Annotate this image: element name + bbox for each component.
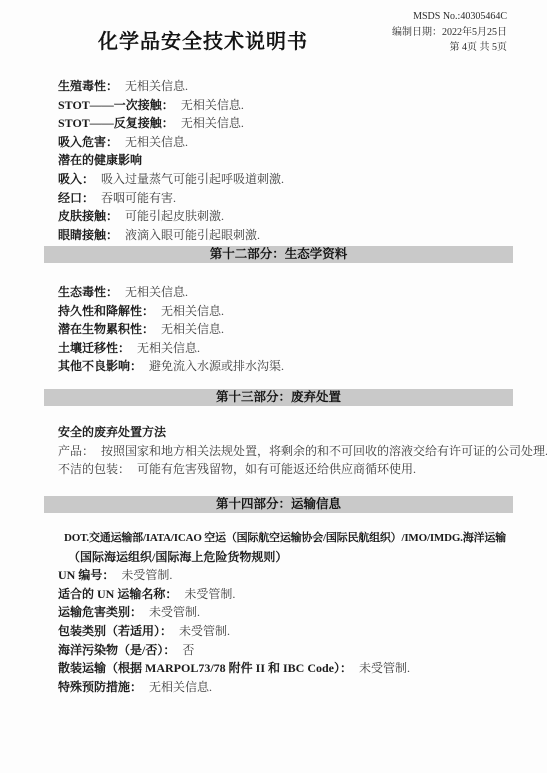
field-value: 未受管制. [184, 585, 235, 604]
row-eye-contact: 眼睛接触： 液滴入眼可能引起眼刺激. [58, 226, 284, 245]
document-meta: MSDS No.:40305464C 编制日期：2022年5月25日 第 4页 … [392, 9, 507, 56]
field-value: 未受管制. [359, 659, 410, 678]
row-safe-disposal-methods: 安全的废弃处置方法 [58, 423, 547, 442]
field-value: 未受管制. [179, 622, 230, 641]
section-heading: 第十三部分：废弃处置 [216, 390, 341, 404]
row-un-shipping-name: 适合的 UN 运输名称： 未受管制. [58, 585, 506, 604]
row-contaminated-packaging: 不洁的包装： 可能有危害残留物，如有可能返还给供应商循环使用. [58, 460, 547, 479]
field-value: 否 [182, 641, 194, 660]
section-heading: 第十四部分：运输信息 [216, 497, 341, 511]
field-value: 无相关信息. [125, 133, 188, 152]
toxicology-block: 生殖毒性： 无相关信息. STOT——一次接触： 无相关信息. STOT——反复… [58, 77, 284, 244]
row-transport-hazard-class: 运输危害类别： 未受管制. [58, 603, 506, 622]
page-number: 第 4页 共 5页 [392, 40, 507, 56]
field-label: 皮肤接触： [58, 207, 118, 226]
field-label: 适合的 UN 运输名称： [58, 585, 177, 604]
field-label: 散装运输（根据 MARPOL73/78 附件 II 和 IBC Code）： [58, 659, 352, 678]
subheading-label: 潜在的健康影响 [58, 151, 142, 170]
field-label: 持久性和降解性： [58, 302, 154, 321]
row-inhalation: 吸入： 吸入过量蒸气可能引起呼吸道刺激. [58, 170, 284, 189]
field-label: 生态毒性： [58, 283, 118, 302]
field-label: 经口： [58, 189, 94, 208]
row-potential-health-effects: 潜在的健康影响 [58, 151, 284, 170]
field-value: 可能引起皮肤刺激. [125, 207, 224, 226]
field-label: STOT——一次接触： [58, 96, 174, 115]
transport-block: DOT.交通运输部/IATA/ICAO 空运（国际航空运输协会/国际民航组织）/… [58, 529, 506, 696]
field-label: UN 编号： [58, 566, 114, 585]
field-label: 生殖毒性： [58, 77, 118, 96]
field-label: 产品： [58, 442, 94, 461]
row-ecotoxicity: 生态毒性： 无相关信息. [58, 283, 284, 302]
field-value: 无相关信息. [181, 96, 244, 115]
ecology-block: 生态毒性： 无相关信息. 持久性和降解性： 无相关信息. 潜在生物累积性： 无相… [58, 283, 284, 376]
field-value: 无相关信息. [125, 283, 188, 302]
field-value: 吞咽可能有害. [101, 189, 176, 208]
field-label: 土壤迁移性： [58, 339, 130, 358]
field-value: 避免流入水源或排水沟渠. [149, 357, 284, 376]
row-stot-repeated: STOT——反复接触： 无相关信息. [58, 114, 284, 133]
section-12-heading-bar: 第十二部分：生态学资料 [44, 246, 513, 263]
edit-date: 编制日期：2022年5月25日 [392, 25, 507, 41]
field-label: 海洋污染物（是/否）： [58, 641, 175, 660]
msds-document-page: 化学品安全技术说明书 MSDS No.:40305464C 编制日期：2022年… [0, 0, 547, 773]
subheading-label: （国际海运组织/国际海上危险货物规则） [68, 548, 287, 567]
field-label: STOT——反复接触： [58, 114, 174, 133]
field-value: 可能有危害残留物，如有可能返还给供应商循环使用. [137, 460, 416, 479]
section-14-heading-bar: 第十四部分：运输信息 [44, 496, 513, 513]
row-transport-regulations-title-cont: （国际海运组织/国际海上危险货物规则） [58, 548, 506, 567]
row-ingestion: 经口： 吞咽可能有害. [58, 189, 284, 208]
row-persistence-degradability: 持久性和降解性： 无相关信息. [58, 302, 284, 321]
msds-number: MSDS No.:40305464C [392, 9, 507, 25]
field-value: 无相关信息. [161, 302, 224, 321]
field-value: 无相关信息. [149, 678, 212, 697]
row-marine-pollutant: 海洋污染物（是/否）： 否 [58, 641, 506, 660]
section-heading: 第十二部分：生态学资料 [210, 247, 348, 261]
subheading-label: DOT.交通运输部/IATA/ICAO 空运（国际航空运输协会/国际民航组织）/… [64, 529, 506, 548]
field-value: 无相关信息. [181, 114, 244, 133]
field-label: 其他不良影响： [58, 357, 142, 376]
disposal-block: 安全的废弃处置方法 产品： 按照国家和地方相关法规处置，将剩余的和不可回收的溶液… [58, 423, 547, 479]
row-packing-group: 包装类别（若适用）： 未受管制. [58, 622, 506, 641]
field-value: 无相关信息. [125, 77, 188, 96]
subheading-label: 安全的废弃处置方法 [58, 423, 166, 442]
field-label: 包装类别（若适用）： [58, 622, 172, 641]
field-label: 特殊预防措施： [58, 678, 142, 697]
row-bulk-transport: 散装运输（根据 MARPOL73/78 附件 II 和 IBC Code）： 未… [58, 659, 506, 678]
row-aspiration-hazard: 吸入危害： 无相关信息. [58, 133, 284, 152]
row-stot-single: STOT——一次接触： 无相关信息. [58, 96, 284, 115]
field-value: 液滴入眼可能引起眼刺激. [125, 226, 260, 245]
row-special-precautions: 特殊预防措施： 无相关信息. [58, 678, 506, 697]
field-label: 吸入： [58, 170, 94, 189]
section-13-heading-bar: 第十三部分：废弃处置 [44, 389, 513, 406]
document-title: 化学品安全技术说明书 [98, 25, 308, 54]
field-label: 不洁的包装： [58, 460, 130, 479]
field-value: 吸入过量蒸气可能引起呼吸道刺激. [101, 170, 284, 189]
field-value: 未受管制. [121, 566, 172, 585]
row-un-number: UN 编号： 未受管制. [58, 566, 506, 585]
field-label: 吸入危害： [58, 133, 118, 152]
row-product-disposal: 产品： 按照国家和地方相关法规处置，将剩余的和不可回收的溶液交给有许可证的公司处… [58, 442, 547, 461]
row-transport-regulations-title: DOT.交通运输部/IATA/ICAO 空运（国际航空运输协会/国际民航组织）/… [58, 529, 506, 548]
row-other-adverse-effects: 其他不良影响： 避免流入水源或排水沟渠. [58, 357, 284, 376]
field-value: 未受管制. [149, 603, 200, 622]
field-label: 潜在生物累积性： [58, 320, 154, 339]
field-value: 无相关信息. [161, 320, 224, 339]
field-label: 眼睛接触： [58, 226, 118, 245]
row-bioaccumulation: 潜在生物累积性： 无相关信息. [58, 320, 284, 339]
row-soil-mobility: 土壤迁移性： 无相关信息. [58, 339, 284, 358]
row-reproductive-toxicity: 生殖毒性： 无相关信息. [58, 77, 284, 96]
row-skin-contact: 皮肤接触： 可能引起皮肤刺激. [58, 207, 284, 226]
field-value: 按照国家和地方相关法规处置，将剩余的和不可回收的溶液交给有许可证的公司处理. [101, 442, 547, 461]
field-label: 运输危害类别： [58, 603, 142, 622]
field-value: 无相关信息. [137, 339, 200, 358]
